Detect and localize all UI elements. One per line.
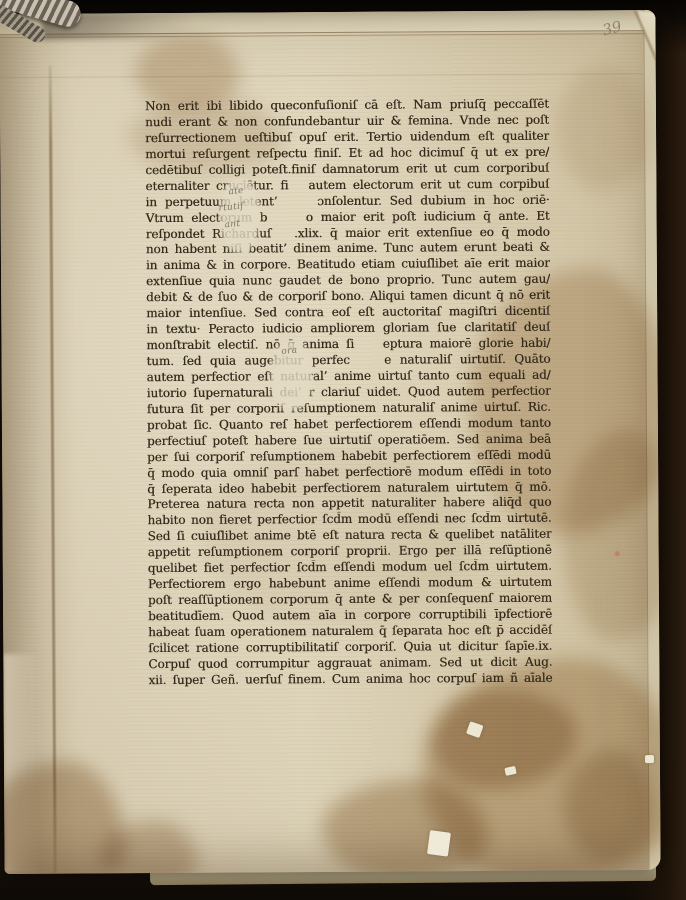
text-line: perfectiuſ poteſt habere ſue uirtutiſ op… [147, 431, 551, 449]
text-line: xii. ſuper Geñ. uerſuſ finem. Cum anima … [148, 670, 552, 688]
text-line: q̄ modo quia omniſ parſ habet perfectior… [147, 463, 551, 481]
marginal-annotation: ant [224, 219, 241, 230]
stain [556, 65, 652, 191]
stain [564, 750, 655, 861]
manuscript-page: Non erit ibi libido queconfuſioniſ cā eſ… [0, 10, 661, 874]
marginal-annotation: ate [228, 186, 244, 197]
text-line: Vtrum electorum b o maior erit poſt iudi… [146, 208, 550, 226]
paper-chip [427, 830, 451, 857]
red-speck [615, 551, 620, 556]
text-block: Non erit ibi libido queconfuſioniſ cā eſ… [145, 97, 553, 689]
text-line: in perpetuum letent’ ɔnſolentur. Sed dub… [145, 192, 549, 210]
text-line: eternaliter cruciētur. fi autem electoru… [145, 176, 549, 194]
text-line: per ſui corporiſ reſumptionem habebit pe… [147, 447, 551, 465]
paper-chip [645, 755, 654, 763]
marginal-annotation: ora [281, 346, 298, 357]
book-photo: Non erit ibi libido queconfuſioniſ cā eſ… [0, 0, 686, 900]
